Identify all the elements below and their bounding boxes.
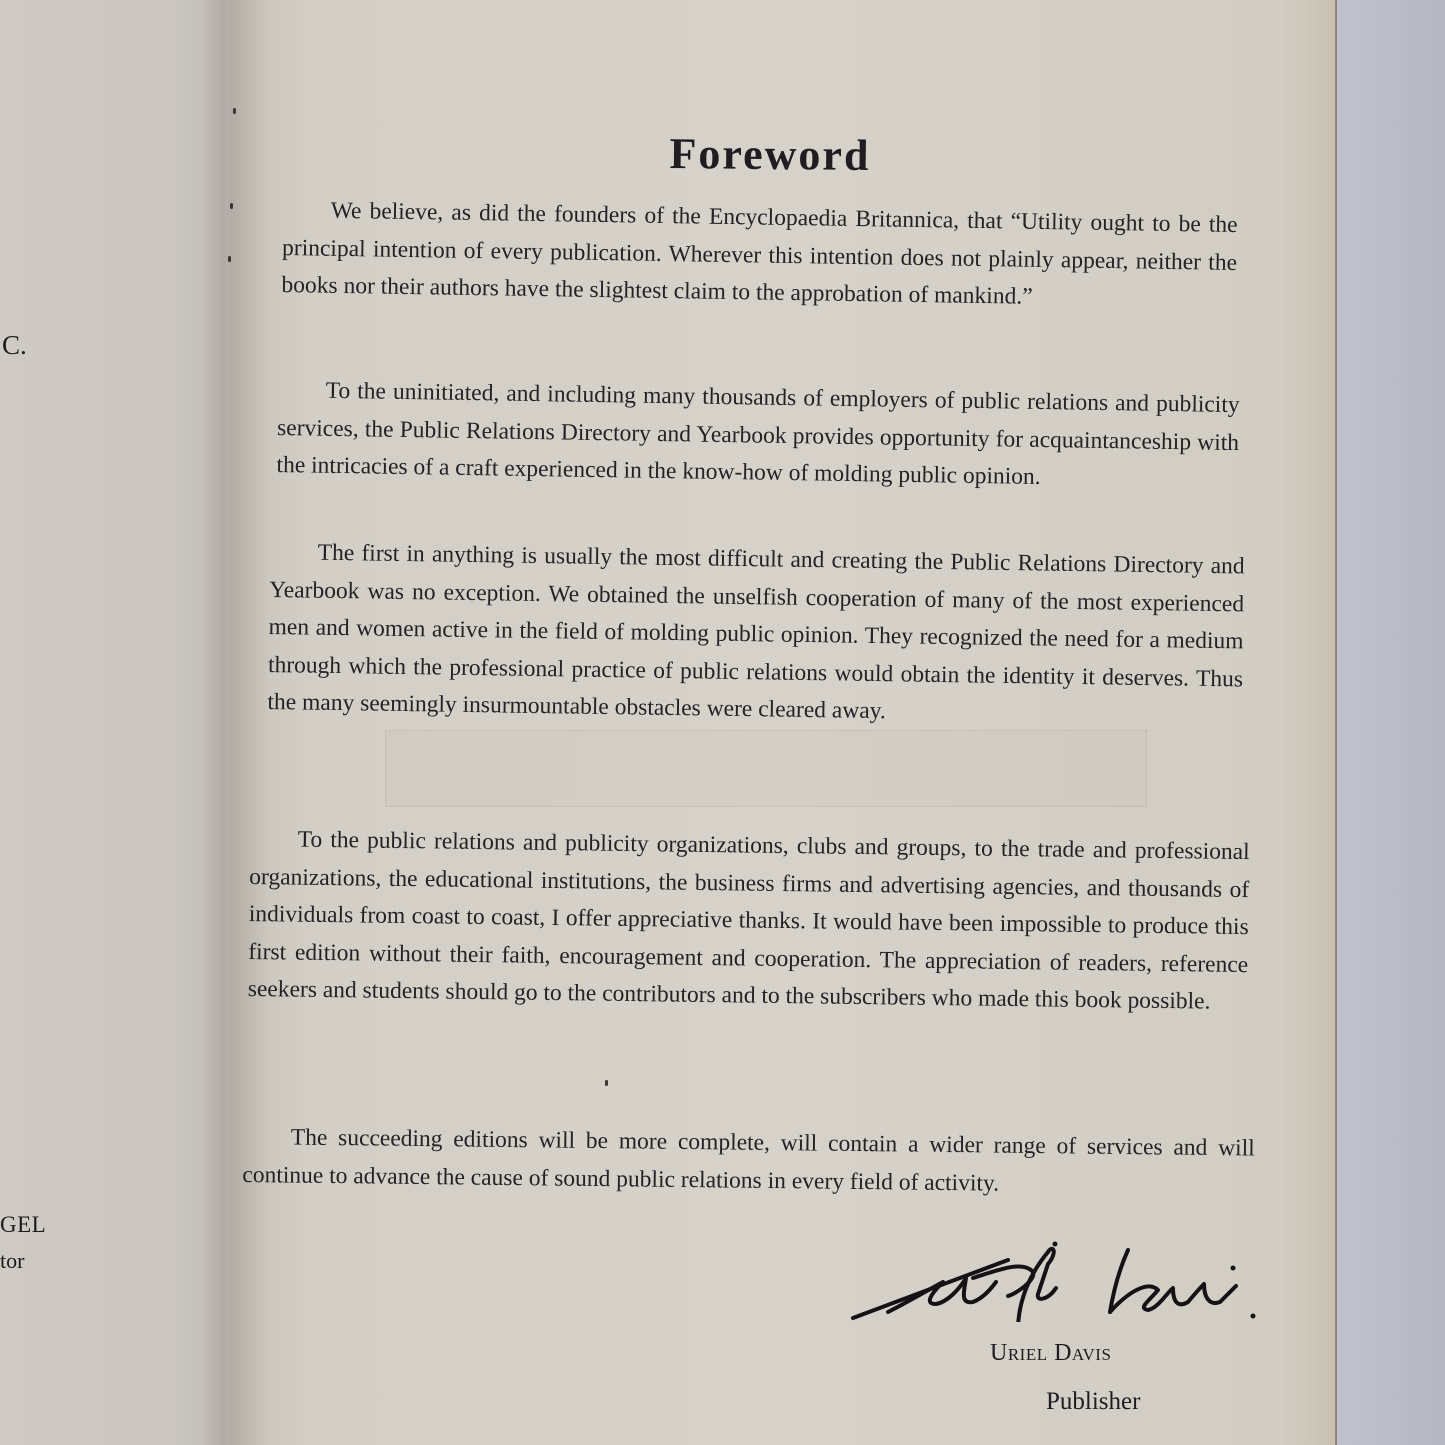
paper-speck <box>230 203 233 209</box>
signatory-title: Publisher <box>1046 1388 1140 1416</box>
paper-speck <box>228 256 231 262</box>
table-background <box>1330 0 1445 1445</box>
paragraph-3: The first in anything is usually the mos… <box>267 534 1245 736</box>
show-through-print <box>385 730 1147 807</box>
left-page-role-fragment: tor <box>0 1248 24 1274</box>
paragraph-1: We believe, as did the founders of the E… <box>281 192 1238 319</box>
signatory-name: Uriel Davis <box>990 1340 1111 1367</box>
paragraph-2: To the uninitiated, and including many t… <box>276 372 1240 500</box>
handwritten-signature <box>848 1232 1258 1322</box>
left-page-fragment: C. <box>2 330 27 361</box>
book-gutter <box>200 0 270 1445</box>
paragraph-4: To the public relations and publicity or… <box>248 821 1250 1022</box>
paragraph-5: The succeeding editions will be more com… <box>242 1119 1255 1205</box>
paper-speck <box>605 1080 608 1086</box>
left-page-name-fragment: GEL <box>0 1212 46 1238</box>
paper-speck <box>233 108 236 114</box>
